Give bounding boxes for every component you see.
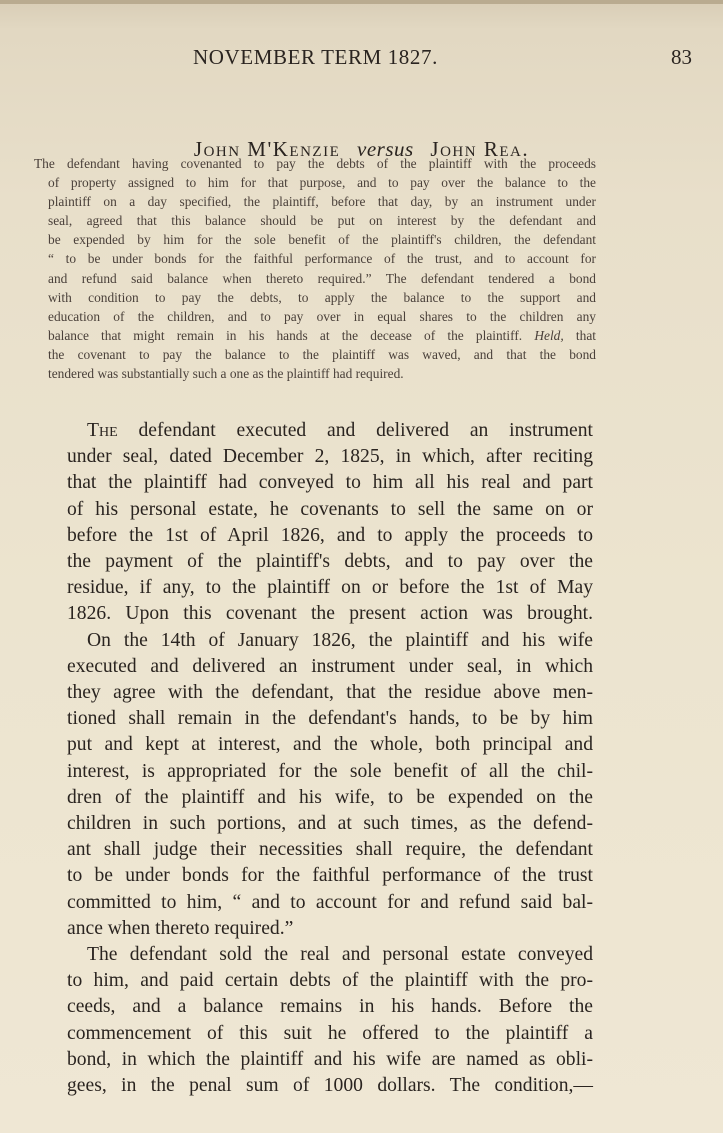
body-line: ance when thereto required.” bbox=[47, 916, 593, 942]
headnote-line: of property assigned to him for that pur… bbox=[62, 173, 596, 192]
body-line: tioned shall remain in the defendant's h… bbox=[47, 706, 593, 732]
page-number: 83 bbox=[671, 45, 692, 70]
running-title: NOVEMBER TERM 1827. bbox=[193, 45, 438, 70]
running-head: NOVEMBER TERM 1827. 83 bbox=[0, 45, 723, 75]
headnote-line-held: balance that might remain in his hands a… bbox=[62, 326, 596, 345]
paragraph-lead: The bbox=[87, 420, 118, 441]
headnote-text: balance that might remain in his hands a… bbox=[48, 328, 522, 343]
body-line: children in such portions, and at such t… bbox=[47, 811, 593, 837]
body-line: put and kept at interest, and the whole,… bbox=[47, 732, 593, 758]
body-line: interest, is appropriated for the sole b… bbox=[47, 759, 593, 785]
body-line: On the 14th of January 1826, the plainti… bbox=[47, 628, 593, 654]
body-line: bond, in which the plaintiff and his wif… bbox=[47, 1047, 593, 1073]
body-line: 1826. Upon this covenant the present act… bbox=[47, 601, 593, 627]
body-line: of his personal estate, he covenants to … bbox=[47, 497, 593, 523]
body-line: to him, and paid certain debts of the pl… bbox=[47, 968, 593, 994]
paragraph-3: The defendant sold the real and personal… bbox=[47, 942, 593, 1099]
headnote-line: tendered was substantially such a one as… bbox=[62, 364, 596, 383]
headnote-line: and refund said balance when thereto req… bbox=[62, 269, 596, 288]
body-line: to be under bonds for the faithful perfo… bbox=[47, 863, 593, 889]
body-line: ceeds, and a balance remains in his hand… bbox=[47, 994, 593, 1020]
body-line: before the 1st of April 1826, and to app… bbox=[47, 523, 593, 549]
headnote-line: “ to be under bonds for the faithful per… bbox=[62, 249, 596, 268]
body-line: commencement of this suit he offered to … bbox=[47, 1021, 593, 1047]
body-line: the payment of the plaintiff's debts, an… bbox=[47, 549, 593, 575]
body-line: The defendant sold the real and personal… bbox=[47, 942, 593, 968]
body-text: defendant executed and delivered an inst… bbox=[138, 420, 593, 441]
headnote-line: seal, agreed that this balance should be… bbox=[62, 211, 596, 230]
paragraph-2: On the 14th of January 1826, the plainti… bbox=[47, 628, 593, 942]
headnote-line: the covenant to pay the balance to the p… bbox=[62, 345, 596, 364]
headnote-line: be expended by him for the sole benefit … bbox=[62, 230, 596, 249]
body-line: they agree with the defendant, that the … bbox=[47, 680, 593, 706]
page-top-edge bbox=[0, 0, 723, 4]
headnote-text: that bbox=[576, 328, 596, 343]
body-line: committed to him, “ and to account for a… bbox=[47, 890, 593, 916]
body-line: residue, if any, to the plaintiff on or … bbox=[47, 575, 593, 601]
headnote: The defendant having covenanted to pay t… bbox=[48, 154, 596, 383]
book-page: NOVEMBER TERM 1827. 83 John M'Kenzie ver… bbox=[0, 0, 723, 1133]
body-line: under seal, dated December 2, 1825, in w… bbox=[47, 444, 593, 470]
body-line: gees, in the penal sum of 1000 dollars. … bbox=[47, 1073, 593, 1099]
paragraph-1: The defendant executed and delivered an … bbox=[47, 418, 593, 628]
body-line: ant shall judge their necessities shall … bbox=[47, 837, 593, 863]
headnote-line: with condition to pay the debts, to appl… bbox=[62, 288, 596, 307]
body-line: that the plaintiff had conveyed to him a… bbox=[47, 470, 593, 496]
body-line: executed and delivered an instrument und… bbox=[47, 654, 593, 680]
headnote-line: education of the children, and to pay ov… bbox=[62, 307, 596, 326]
body-line: The defendant executed and delivered an … bbox=[47, 418, 593, 444]
headnote-line: The defendant having covenanted to pay t… bbox=[48, 154, 596, 173]
held-label: Held, bbox=[534, 328, 563, 343]
opinion-body: The defendant executed and delivered an … bbox=[47, 418, 593, 1099]
body-line: dren of the plaintiff and his wife, to b… bbox=[47, 785, 593, 811]
headnote-line: plaintiff on a day specified, the plaint… bbox=[62, 192, 596, 211]
